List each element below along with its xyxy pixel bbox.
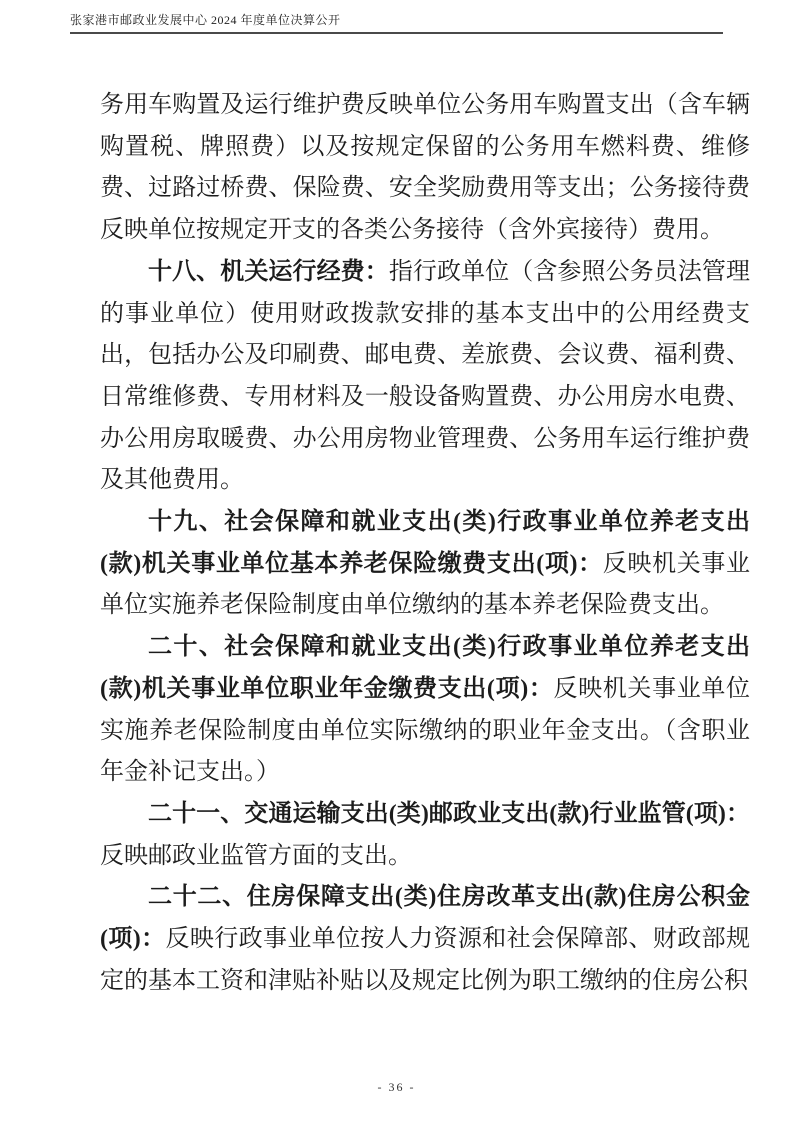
paragraph-text: 反映行政事业单位按人力资源和社会保障部、财政部规定的基本工资和津贴补贴以及规定比… <box>100 926 750 994</box>
paragraph-text: 反映邮政业监管方面的支出。 <box>100 843 412 869</box>
paragraph-lead: 十八、机关运行经费： <box>148 259 389 285</box>
paragraph-20-occupational-annuity-contribution: 二十、社会保障和就业支出(类)行政事业单位养老支出(款)机关事业单位职业年金缴费… <box>100 627 750 794</box>
paragraph-19-basic-pension-contribution: 十九、社会保障和就业支出(类)行政事业单位养老支出(款)机关事业单位基本养老保险… <box>100 502 750 627</box>
header-title: 张家港市邮政业发展中心 2024 年度单位决算公开 <box>70 13 341 27</box>
paragraph-21-postal-industry-supervision: 二十一、交通运输支出(类)邮政业支出(款)行业监管(项)：反映邮政业监管方面的支… <box>100 794 750 877</box>
page-footer: - 36 - <box>0 1080 793 1095</box>
paragraph-22-housing-provident-fund: 二十二、住房保障支出(类)住房改革支出(款)住房公积金(项)：反映行政事业单位按… <box>100 877 750 1002</box>
page-header: 张家港市邮政业发展中心 2024 年度单位决算公开 <box>70 11 723 34</box>
page-number: - 36 - <box>378 1080 416 1094</box>
paragraph-text: 指行政单位（含参照公务员法管理的事业单位）使用财政拨款安排的基本支出中的公用经费… <box>100 259 750 494</box>
paragraph-lead: 二十一、交通运输支出(类)邮政业支出(款)行业监管(项)： <box>148 801 750 827</box>
document-page: 张家港市邮政业发展中心 2024 年度单位决算公开 务用车购置及运行维护费反映单… <box>0 0 793 1122</box>
paragraph-18-agency-operating-funds: 十八、机关运行经费：指行政单位（含参照公务员法管理的事业单位）使用财政拨款安排的… <box>100 252 750 502</box>
paragraph-text: 务用车购置及运行维护费反映单位公务用车购置支出（含车辆购置税、牌照费）以及按规定… <box>100 92 750 243</box>
paragraph-official-vehicle-expense-continuation: 务用车购置及运行维护费反映单位公务用车购置支出（含车辆购置税、牌照费）以及按规定… <box>100 85 750 252</box>
document-body: 务用车购置及运行维护费反映单位公务用车购置支出（含车辆购置税、牌照费）以及按规定… <box>100 85 750 1002</box>
